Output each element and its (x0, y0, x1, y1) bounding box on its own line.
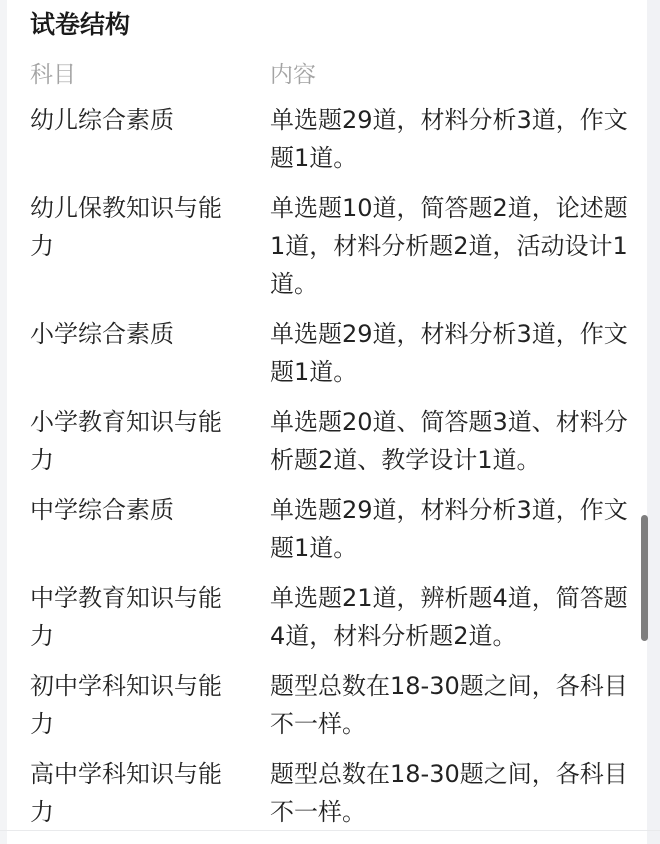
table-row: 中学教育知识与能力 单选题21道，辨析题4道，简答题4道，材料分析题2道。 (30, 579, 632, 655)
subject-cell: 幼儿保教知识与能力 (30, 189, 230, 265)
content-cell: 单选题10道，简答题2道，论述题1道，材料分析题2道，活动设计1道。 (270, 189, 632, 303)
table-row: 高中学科知识与能力 题型总数在18-30题之间，各科目不一样。 (30, 755, 632, 831)
table-row: 幼儿综合素质 单选题29道，材料分析3道，作文题1道。 (30, 101, 632, 177)
content-cell: 单选题29道，材料分析3道，作文题1道。 (270, 491, 632, 567)
column-header-content: 内容 (270, 60, 632, 90)
subject-cell: 幼儿综合素质 (30, 101, 230, 139)
table-row: 中学综合素质 单选题29道，材料分析3道，作文题1道。 (30, 491, 632, 567)
subject-cell: 中学综合素质 (30, 491, 230, 529)
content-cell: 题型总数在18-30题之间，各科目不一样。 (270, 667, 632, 743)
content-cell: 单选题29道，材料分析3道，作文题1道。 (270, 101, 632, 177)
section-divider (0, 830, 660, 831)
subject-cell: 中学教育知识与能力 (30, 579, 230, 655)
table-row: 初中学科知识与能力 题型总数在18-30题之间，各科目不一样。 (30, 667, 632, 743)
content-cell: 单选题21道，辨析题4道，简答题4道，材料分析题2道。 (270, 579, 632, 655)
subject-cell: 初中学科知识与能力 (30, 667, 230, 743)
table-body: 幼儿综合素质 单选题29道，材料分析3道，作文题1道。 幼儿保教知识与能力 单选… (30, 101, 632, 831)
subject-cell: 高中学科知识与能力 (30, 755, 230, 831)
left-page-gutter (0, 0, 7, 844)
exam-structure-section: 试卷结构 科目 内容 幼儿综合素质 单选题29道，材料分析3道，作文题1道。 幼… (30, 8, 632, 843)
content-cell: 单选题20道、简答题3道、材料分析题2道、教学设计1道。 (270, 403, 632, 479)
subject-cell: 小学综合素质 (30, 315, 230, 353)
column-header-subject: 科目 (30, 60, 230, 90)
table-row: 小学综合素质 单选题29道，材料分析3道，作文题1道。 (30, 315, 632, 391)
subject-cell: 小学教育知识与能力 (30, 403, 230, 479)
scrollbar-thumb[interactable] (641, 515, 648, 641)
section-title: 试卷结构 (30, 8, 632, 42)
table-header-row: 科目 内容 (30, 60, 632, 90)
content-cell: 单选题29道，材料分析3道，作文题1道。 (270, 315, 632, 391)
right-page-gutter (647, 0, 660, 844)
content-cell: 题型总数在18-30题之间，各科目不一样。 (270, 755, 632, 831)
table-row: 小学教育知识与能力 单选题20道、简答题3道、材料分析题2道、教学设计1道。 (30, 403, 632, 479)
table-row: 幼儿保教知识与能力 单选题10道，简答题2道，论述题1道，材料分析题2道，活动设… (30, 189, 632, 303)
article-page: 试卷结构 科目 内容 幼儿综合素质 单选题29道，材料分析3道，作文题1道。 幼… (0, 0, 660, 844)
